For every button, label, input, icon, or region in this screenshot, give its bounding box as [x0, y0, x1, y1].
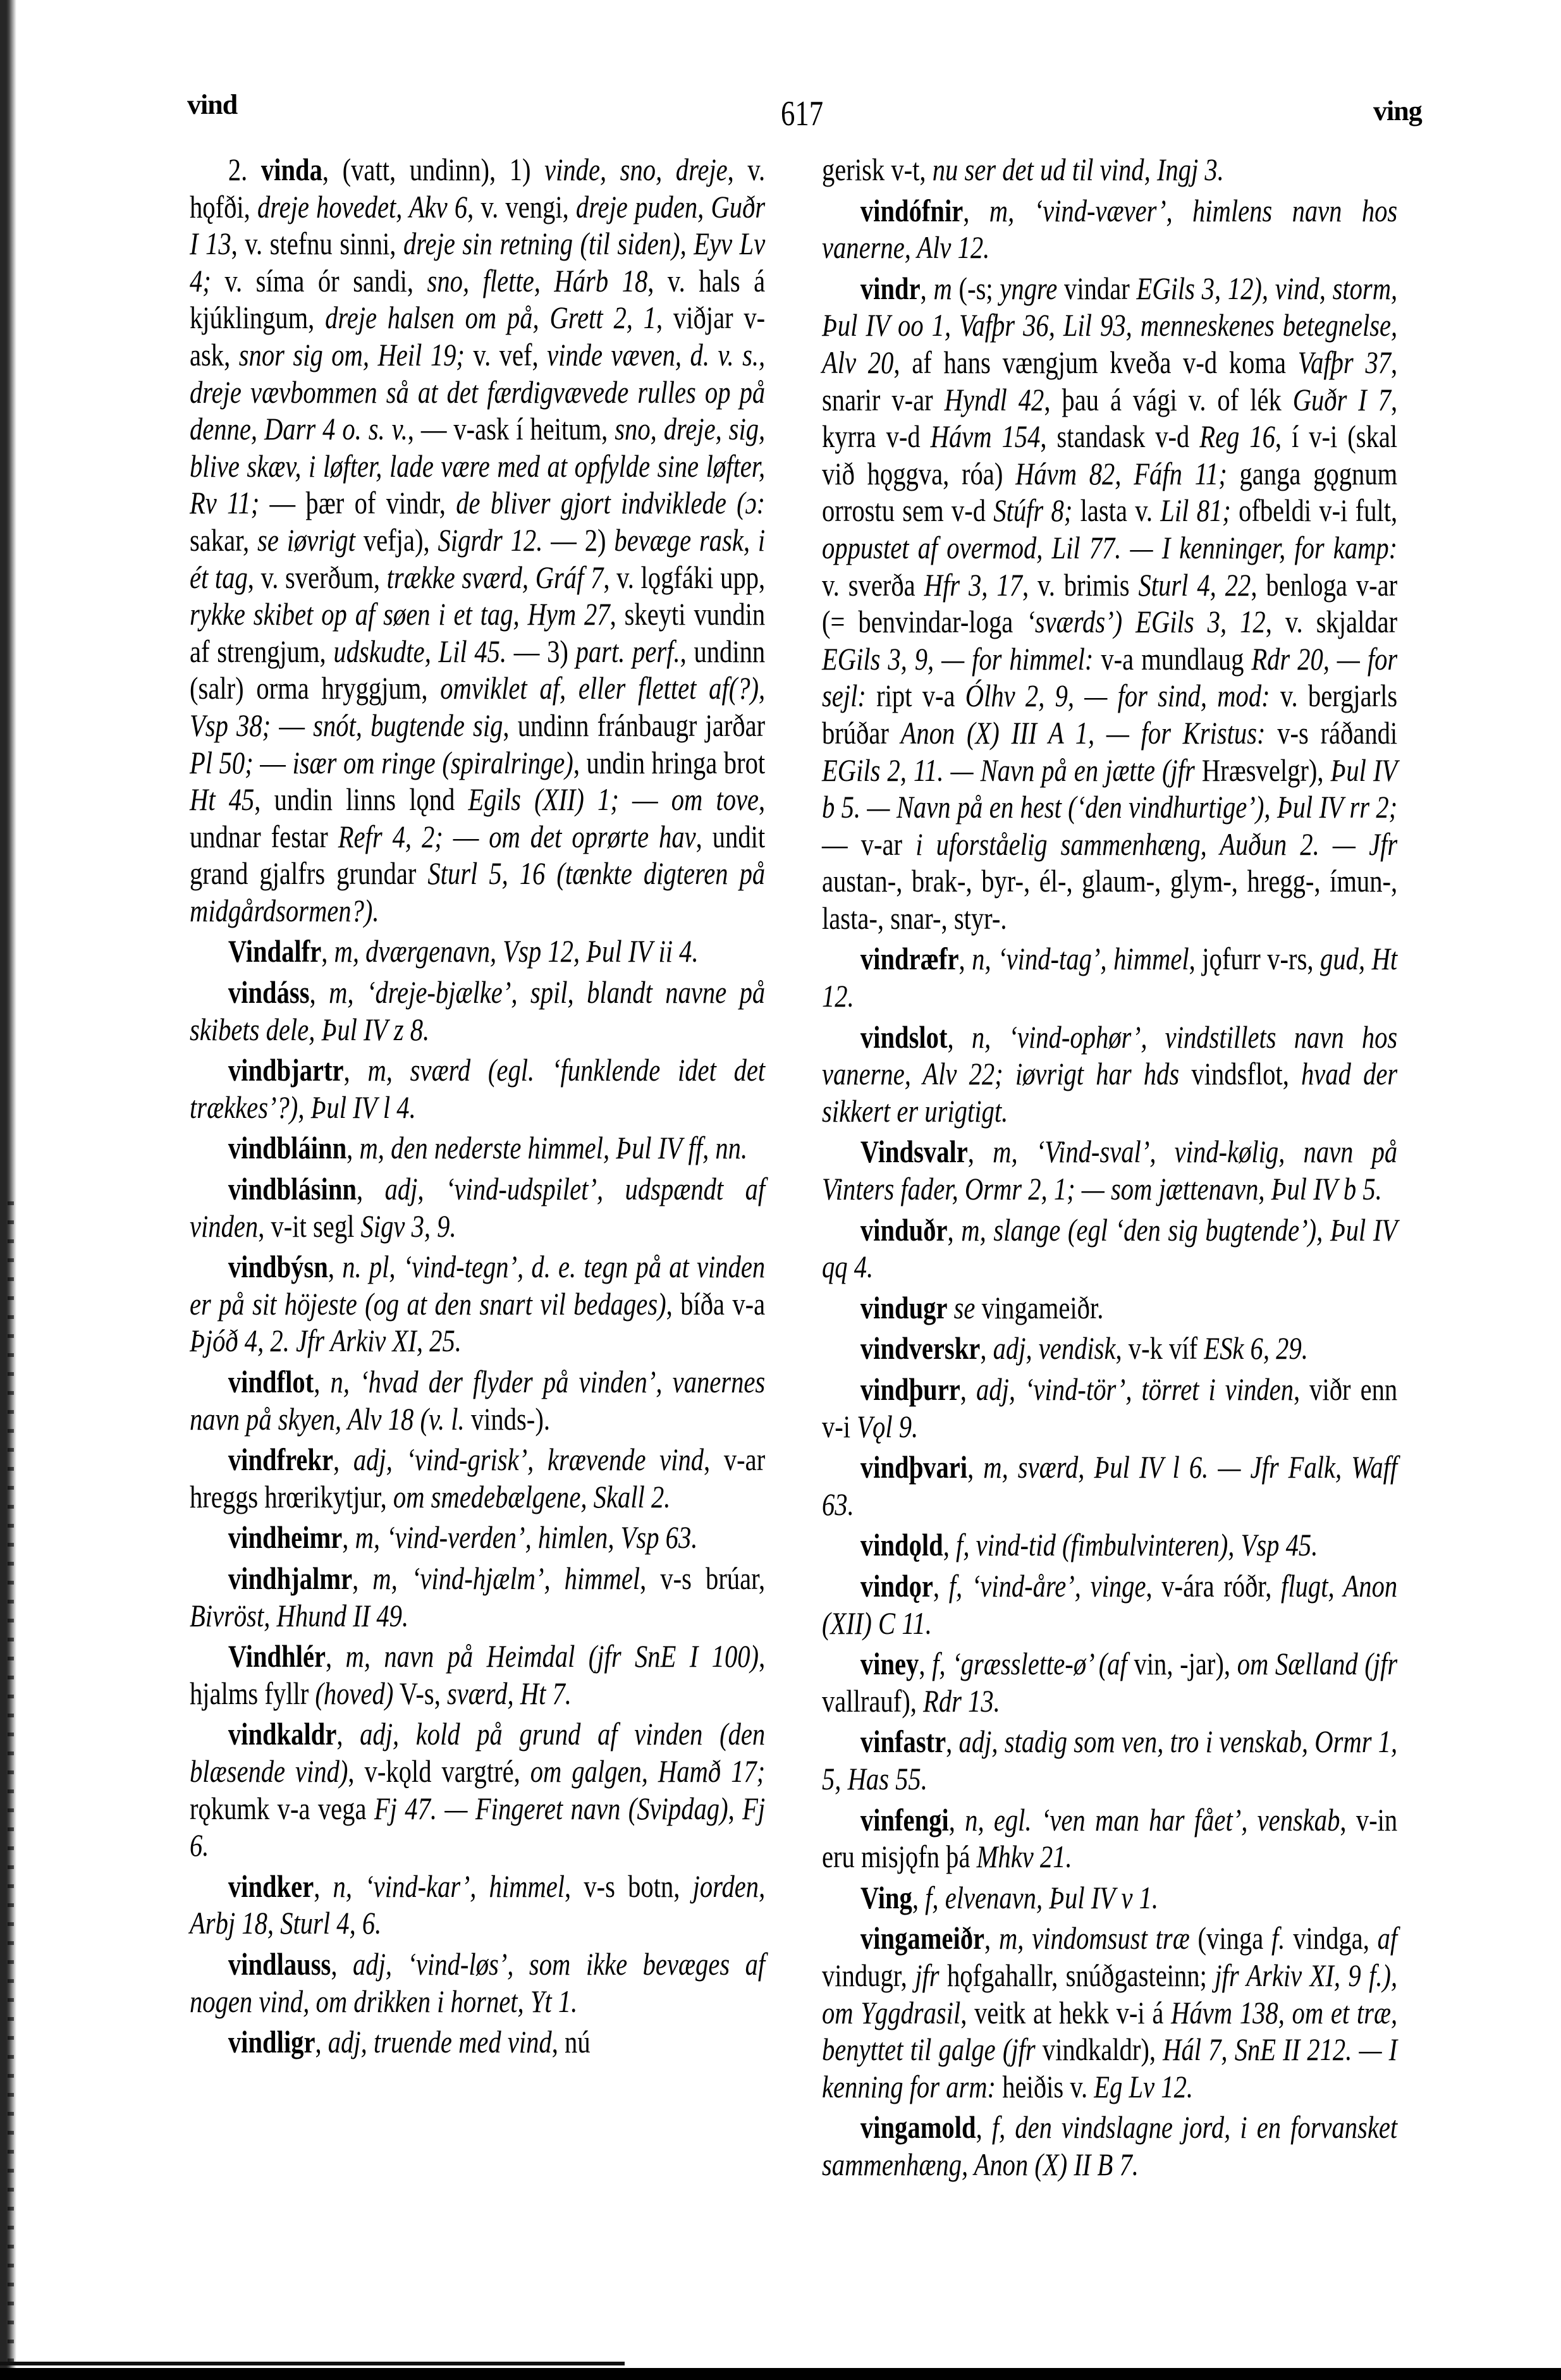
entry-text: — [443, 819, 489, 854]
entry-text: vallrauf), [822, 1684, 923, 1719]
definition-text: dreje hovedet, Akv 6 [257, 190, 467, 224]
entry-text: , [980, 1331, 993, 1366]
entry-text: , [949, 1803, 965, 1837]
dictionary-entry: vindǫr, f, ‘vind-åre’, vinge, v-ára róðr… [822, 1568, 1397, 1642]
dictionary-entry: vindbláinn, m, den nederste himmel, Þul … [190, 1130, 765, 1167]
headword: Vindalfr [228, 934, 321, 969]
entry-text: , v. lǫgfáki upp, [603, 560, 765, 595]
definition-text: f, elvenavn, Þul IV v 1. [925, 1880, 1158, 1915]
running-head-right: ving [1373, 95, 1422, 127]
entry-text: 2. [228, 152, 261, 187]
dictionary-entry: vindverskr, adj, vendisk, v-k víf ESk 6,… [822, 1330, 1397, 1368]
entry-text: , af hans vængjum kveða v-d koma [893, 345, 1297, 380]
entry-text: heiðis v. [996, 2070, 1094, 2104]
entry-text: hǫfgahallr, snúðgasteinn; [940, 1958, 1215, 1993]
dictionary-entry: vindugr se vingameiðr. [822, 1290, 1397, 1327]
entry-text: vindugr, [822, 1958, 915, 1993]
definition-text: nu ser det ud til vind, Ingj 3. [933, 152, 1224, 187]
headword: vindslot [860, 1020, 948, 1055]
entry-text: , [321, 934, 334, 969]
definition-text: Hávm 154 [931, 419, 1041, 454]
entry-text: , [314, 1869, 333, 1904]
entry-text: , undin hringa brot [573, 745, 765, 780]
definition-text: Anon (X) III A 1, — for Kristus: [901, 716, 1266, 751]
entry-text: v. sverða [822, 568, 924, 603]
headword: Vindhlér [228, 1639, 326, 1674]
headword: Vindsvalr [860, 1134, 968, 1169]
headword: vindugr [860, 1291, 948, 1325]
entry-text: vingameiðr. [975, 1291, 1103, 1325]
entry-text: sakar, [190, 523, 257, 558]
dictionary-entry: vindslot, n, ‘vind-ophør’, vindstillets … [822, 1019, 1397, 1131]
headword: vingamold [860, 2110, 976, 2145]
definition-text: udskudte, Lil 45. [333, 634, 506, 669]
headword: vindþvari [860, 1450, 967, 1485]
entry-text: , v-s botn, [565, 1869, 693, 1904]
entry-text: — [271, 708, 313, 743]
headword: vindheimr [228, 1520, 342, 1555]
entry-text: , [309, 975, 329, 1010]
entry-text: vefja), [355, 523, 438, 558]
dictionary-entry: vinduðr, m, slange (egl ‘den sig bugtend… [822, 1212, 1397, 1286]
headword: vindfrekr [228, 1442, 333, 1477]
entry-text: , v-k víf [1116, 1331, 1204, 1366]
entry-text: , [984, 1921, 999, 1956]
entry-text: , [331, 1947, 353, 1982]
definition-text: n, egl. ‘ven man har fået’, venskab [965, 1803, 1340, 1837]
headword: vindræfr [860, 942, 959, 976]
headword: vindǫr [860, 1569, 933, 1604]
definition-text: om Sælland (jfr [1237, 1647, 1398, 1681]
definition-text: m, navn på Heimdal (jfr SnE I 100) [346, 1639, 759, 1674]
entry-text: , [947, 1213, 961, 1248]
headword: vingameiðr [860, 1921, 984, 1956]
dictionary-entry: Ving, f, elvenavn, Þul IV v 1. [822, 1880, 1397, 1917]
dictionary-entry: vindfrekr, adj, ‘vind-grisk’, krævende v… [190, 1442, 765, 1516]
definition-text: trække sværd, Gráf 7 [387, 560, 604, 595]
entry-text: , nú [552, 2025, 591, 2059]
entry-text: , [963, 193, 989, 228]
definition-text: Egils (XII) 1; [468, 782, 619, 817]
entry-text: rǫkumk v-a vega [190, 1791, 374, 1826]
definition-text: Reg 16 [1199, 419, 1275, 454]
definition-text: m, dværgenavn, Vsp 12, Þul IV ii 4. [334, 934, 699, 969]
definition-text: af [1378, 1921, 1398, 1956]
entry-text: gerisk v-t, [822, 152, 933, 187]
definition-text: om smedebælgene, Skall 2. [393, 1480, 671, 1514]
definition-text: Rdr 13. [923, 1684, 1000, 1719]
entry-text: , jǫfurr v-rs, [1189, 942, 1320, 976]
dictionary-entry: vindhjalmr, m, ‘vind-hjælm’, himmel, v-s… [190, 1561, 765, 1635]
entry-text: , [314, 1365, 330, 1399]
headword: vindbláinn [228, 1131, 346, 1165]
dictionary-entry: vindheimr, m, ‘vind-verden’, himlen, Vsp… [190, 1519, 765, 1557]
headword: vindþurr [860, 1372, 960, 1407]
running-header: vind 617 ving [0, 89, 1561, 139]
definition-text: Eg Lv 12. [1094, 2070, 1193, 2104]
definition-text: snor sig om, Heil 19; [239, 338, 465, 372]
entry-text: , [947, 1020, 971, 1055]
definition-text: Guðr I 7 [1293, 383, 1391, 417]
headword: viney [860, 1647, 919, 1681]
definition-text: ESk 6, 29. [1204, 1331, 1308, 1366]
dictionary-entry: vingameiðr, m, vindomsust træ (vinga f. … [822, 1920, 1397, 2106]
entry-text: , [946, 1724, 958, 1759]
entry-text: vin, -jar), [1127, 1647, 1237, 1681]
dictionary-entry: vindǫld, f, vind-tid (fimbulvinteren), V… [822, 1527, 1397, 1564]
dictionary-entry: vindr, m (-s; yngre vindar EGils 3, 12),… [822, 271, 1397, 938]
entry-text: , v-s brúar, [640, 1561, 765, 1596]
entry-text: , [968, 1134, 993, 1169]
definition-text: om det oprørte hav [489, 819, 695, 854]
headword: vinfastr [860, 1724, 946, 1759]
headword: vindhjalmr [228, 1561, 352, 1596]
definition-text: Refr 4, 2; [338, 819, 443, 854]
definition-text: ‘sværds’) EGils 3, 12 [1026, 604, 1265, 639]
dictionary-entry: vingamold, f, den vindslagne jord, i en … [822, 2109, 1397, 2183]
entry-text: , [912, 1880, 925, 1915]
entry-text: , — v-ask í heitum, [408, 412, 615, 446]
definition-text: Bivröst, Hhund II 49. [190, 1598, 408, 1633]
headword: vindbjartr [228, 1053, 344, 1088]
definition-text: se iøvrigt [257, 523, 355, 558]
definition-text: adj, truende med vind [328, 2025, 552, 2059]
entry-text: , [357, 1172, 385, 1206]
headword: vindker [228, 1869, 314, 1904]
entry-text: v-a mundlaug [1093, 642, 1251, 677]
definition-text: yngre [1000, 271, 1057, 306]
dictionary-entry: vindker, n, ‘vind-kar’, himmel, v-s botn… [190, 1868, 765, 1942]
definition-text: oppustet af overmod, Lil 77. — I kenning… [822, 531, 1397, 565]
entry-text: (-s; [952, 271, 1000, 306]
definition-text: m, den nederste himmel, Þul IV ff, nn. [359, 1131, 747, 1165]
headword: vindbýsn [228, 1249, 328, 1284]
entry-text: , [919, 1647, 932, 1681]
headword: vindverskr [860, 1331, 980, 1366]
definition-text: EGils 2, 11. — Navn på en jætte (jfr [822, 753, 1195, 788]
entry-text: , [976, 2110, 992, 2145]
headword: vindófnir [860, 193, 963, 228]
entry-text: vindkaldr), [1036, 2032, 1163, 2067]
dictionary-entry: vindkaldr, adj, kold på grund af vinden … [190, 1716, 765, 1864]
definition-text: Sturl 4, 22 [1138, 568, 1251, 603]
entry-text: , v. stefnu sinni, [231, 226, 403, 261]
definition-text: Lil 81; [1160, 493, 1231, 528]
dictionary-entry: vindbjartr, m, sværd (egl. ‘funklende id… [190, 1052, 765, 1126]
entry-text: , [342, 1520, 355, 1555]
entry-text: ofbeldi v-i fult, [1231, 493, 1397, 528]
entry-text: v-s ráðandi [1266, 716, 1398, 751]
definition-text: m, ‘vind-verden’, himlen, Vsp 63. [355, 1520, 698, 1555]
dictionary-entry: Vindhlér, m, navn på Heimdal (jfr SnE I … [190, 1638, 765, 1712]
definition-text: jfr [915, 1958, 939, 1993]
definition-text: sno, flette, Hárb 18 [427, 264, 648, 298]
entry-text [947, 1291, 953, 1325]
entry-text: — þær of vindr, [259, 486, 456, 520]
entry-text: austan-, brak-, byr-, él-, glaum-, glym-… [822, 864, 1397, 936]
definition-text: Pl 50; [190, 745, 254, 780]
headword: Ving [860, 1880, 912, 1915]
definition-text: snót, bugtende sig [313, 708, 503, 743]
entry-text: , v. skjaldar [1266, 604, 1397, 639]
definition-text: Vafþr 37 [1298, 345, 1391, 380]
definition-text: f, ‘græsslette-ø’ (af [932, 1647, 1127, 1681]
dictionary-entry: vindblásinn, adj, ‘vind-udspilet’, udspæ… [190, 1171, 765, 1245]
definition-text: se [954, 1291, 976, 1325]
entry-text: — 2) [542, 523, 614, 558]
entry-text: , v-kǫld vargtré, [348, 1754, 530, 1789]
definition-text: om galgen, Hamð 17; [530, 1754, 765, 1789]
definition-text: rykke skibet op af søen i et tag, Hym 27 [190, 597, 610, 632]
dictionary-entry: vindþvari, m, sværd, Þul IV l 6. — Jfr F… [822, 1449, 1397, 1523]
definition-text: (hoved) [315, 1676, 393, 1711]
entry-text: Hræsvelgr), [1195, 753, 1331, 788]
definition-text: f, vind-tid (fimbulvinteren), Vsp 45. [956, 1528, 1318, 1562]
definition-text: i uforståelig sammenhæng, Auðun 2. — Jfr [915, 827, 1397, 862]
definition-text: vinde, sno, dreje [544, 152, 728, 187]
definition-text: m, vindomsust træ [999, 1921, 1190, 1956]
column-right: gerisk v-t, nu ser det ud til vind, Ingj… [822, 152, 1294, 2183]
definition-text: m, ‘vind-hjælm’, himmel [372, 1561, 640, 1596]
headword: vindkaldr [228, 1717, 336, 1751]
definition-text: f, ‘vind-åre’, vinge [949, 1569, 1146, 1604]
entry-text: ript v-a [866, 678, 965, 713]
definition-text: n, ‘vind-tag’, himmel [972, 942, 1189, 976]
headword: vindblásinn [228, 1172, 357, 1206]
definition-text: m [934, 271, 952, 306]
dictionary-entry: vindbýsn, n. pl, ‘vind-tegn’, d. e. tegn… [190, 1249, 765, 1360]
dictionary-entry: 2. vinda, (vatt, undinn), 1) vinde, sno,… [190, 152, 765, 929]
entry-text: , veitk at hekk v-i á [960, 1996, 1171, 2030]
scan-binding-shadow [8, 1201, 14, 2380]
definition-text: om tove [671, 782, 759, 817]
entry-text: , [933, 1569, 949, 1604]
definition-text: adj, ‘vind-tör’, törret i vinden [976, 1372, 1294, 1407]
definition-text: Vǫl 9. [857, 1409, 918, 1444]
dictionary-entry: vinfengi, n, egl. ‘ven man har fået’, ve… [822, 1802, 1397, 1876]
entry-text: — v-ar [822, 827, 915, 862]
dictionary-entry: vindþurr, adj, ‘vind-tör’, törret i vind… [822, 1371, 1397, 1445]
entry-text: v. síma ór sandi, [211, 264, 427, 298]
entry-text: , [333, 1442, 353, 1477]
entry-text: , þau á vági v. of lék [1044, 383, 1292, 417]
definition-text: Sigv 3, 9. [361, 1209, 456, 1244]
page-number: 617 [781, 94, 823, 134]
definition-text: Ht 45 [190, 782, 254, 817]
entry-text: , bíða v-a [666, 1287, 766, 1322]
definition-text: især om ringe (spiralringe) [292, 745, 573, 780]
running-head-left: vind [187, 89, 237, 121]
definition-text: Ólhv 2, 9, — for sind, mod: [965, 678, 1270, 713]
definition-text: Hávm 82, Fáfn 11; [1015, 457, 1227, 491]
dictionary-entry: vindlauss, adj, ‘vind-løs’, som ikke bev… [190, 1946, 765, 2020]
entry-text: , undin linns lǫnd [254, 782, 468, 817]
definition-text: n, ‘vind-kar’, himmel [333, 1869, 565, 1904]
headword: vinda [261, 152, 322, 187]
entry-text: vinds-). [465, 1402, 550, 1437]
definition-text: Hfr 3, 17 [924, 568, 1022, 603]
entry-text: V-s, [393, 1676, 447, 1711]
entry-text: vindga, [1285, 1921, 1377, 1956]
definition-text: dreje halsen om på, Grett 2, 1 [325, 300, 656, 335]
entry-text: — 3) [506, 634, 575, 669]
entry-text: , v-it segl [258, 1209, 360, 1244]
dictionary-entry: vindflot, n, ‘hvad der flyder på vinden’… [190, 1364, 765, 1438]
headword: vindáss [228, 975, 310, 1010]
entry-text: , v-ára róðr, [1146, 1569, 1281, 1604]
entry-text: , [344, 1053, 368, 1088]
headword: vindligr [228, 2025, 315, 2059]
entry-text: , [943, 1528, 956, 1562]
entry-text: (vinga [1190, 1921, 1271, 1956]
entry-text: , v. brimis [1022, 568, 1139, 603]
definition-text: Þjóð 4, 2. Jfr Arkiv XI, 25. [190, 1323, 462, 1358]
entry-text: , [967, 1450, 983, 1485]
column-left-entries: 2. vinda, (vatt, undinn), 1) vinde, sno,… [190, 152, 765, 2061]
entry-text: v. vef, [465, 338, 547, 372]
entry-text: , [960, 1372, 976, 1407]
headword: vindǫld [860, 1528, 943, 1562]
definition-text: Hyndl 42 [945, 383, 1044, 417]
entry-text: , [921, 271, 934, 306]
entry-text: , [352, 1561, 372, 1596]
headword: vindr [860, 271, 921, 306]
entry-text: , (vatt, undinn), 1) [322, 152, 544, 187]
definition-text: adj, ‘vind-grisk’, krævende vind [353, 1442, 704, 1477]
definition-text: f. [1271, 1921, 1285, 1956]
entry-text: , standask v-d [1040, 419, 1199, 454]
headword: vindflot [228, 1365, 314, 1399]
definition-text: Stúfr 8; [993, 493, 1072, 528]
column-left: 2. vinda, (vatt, undinn), 1) vinde, sno,… [190, 152, 661, 2061]
entry-text: , v. sverðum, [248, 560, 387, 595]
definition-text: part. perf. [576, 634, 680, 669]
entry-text: , [328, 1249, 342, 1284]
headword: vindlauss [228, 1947, 331, 1982]
entry-text: , [326, 1639, 346, 1674]
dictionary-entry: vindligr, adj, truende med vind, nú [190, 2024, 765, 2061]
entry-text: , [958, 942, 972, 976]
entry-text: , v. vengi, [467, 190, 576, 224]
definition-text: adj, vendisk [993, 1331, 1116, 1366]
definition-text: EGils 3, 9, — for himmel: [822, 642, 1093, 677]
entry-text: , [336, 1717, 360, 1751]
definition-text: de bliver gjort indviklede (ɔ: [456, 486, 765, 520]
entry-text: — [619, 782, 671, 817]
dictionary-entry: Vindalfr, m, dværgenavn, Vsp 12, Þul IV … [190, 933, 765, 971]
entry-text: , [315, 2025, 328, 2059]
entry-text: — [254, 745, 293, 780]
definition-text: Sigrdr 12. [438, 523, 543, 558]
dictionary-entry: vindræfr, n, ‘vind-tag’, himmel, jǫfurr … [822, 941, 1397, 1015]
dictionary-entry: vindáss, m, ‘dreje-bjælke’, spil, blandt… [190, 974, 765, 1048]
entry-text: vindsflot, [1179, 1057, 1301, 1091]
scan-bottom-edge [0, 2368, 1561, 2380]
dictionary-entry: Vindsvalr, m, ‘Vind-sval’, vind-kølig, n… [822, 1134, 1397, 1208]
dictionary-entry: gerisk v-t, nu ser det ud til vind, Ingj… [822, 152, 1397, 189]
column-right-entries: gerisk v-t, nu ser det ud til vind, Ingj… [822, 152, 1397, 2183]
entry-text: lasta v. [1072, 493, 1160, 528]
entry-text: , undinn fránbaugr jarðar [503, 708, 765, 743]
dictionary-entry: vindófnir, m, ‘vind-væver’, himlens navn… [822, 193, 1397, 267]
headword: vinduðr [860, 1213, 948, 1248]
definition-text: sværd, Ht 7. [447, 1676, 572, 1711]
entry-text: vindar [1057, 271, 1136, 306]
entry-text: , [346, 1131, 359, 1165]
dictionary-entry: viney, f, ‘græsslette-ø’ (af vin, -jar),… [822, 1646, 1397, 1720]
dictionary-entry: vinfastr, adj, stadig som ven, tro i ven… [822, 1724, 1397, 1798]
definition-text: Mhkv 21. [977, 1839, 1072, 1874]
headword: vinfengi [860, 1803, 949, 1837]
